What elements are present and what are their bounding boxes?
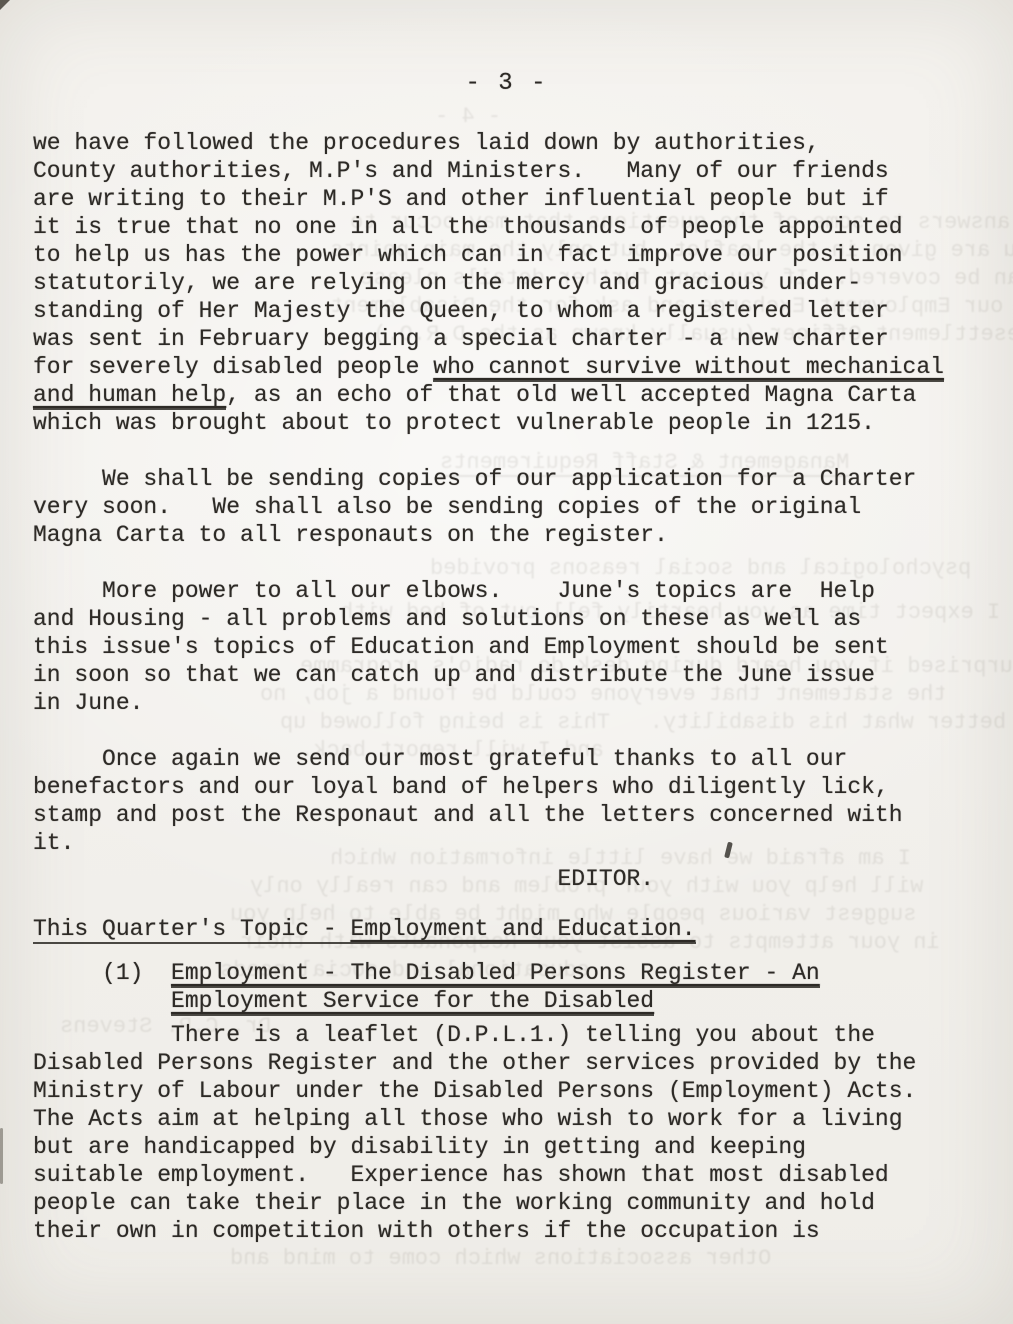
text-run: , as an echo of that old well accepted M…: [226, 382, 916, 408]
scan-artifact-corner: [0, 0, 10, 10]
text-run: it.: [33, 830, 74, 856]
text-line: very soon. We shall also be sending copi…: [33, 493, 1003, 521]
text-run: Ministry of Labour under the Disabled Pe…: [33, 1078, 916, 1104]
text-run: Disabled Persons Register and the other …: [33, 1050, 916, 1076]
text-line: EDITOR.: [33, 865, 1003, 893]
text-run: suitable employment. Experience has show…: [33, 1162, 889, 1188]
text-line: More power to all our elbows. June's top…: [33, 577, 1003, 605]
text-line: was sent in February begging a special c…: [33, 325, 1003, 353]
text-run: [33, 988, 171, 1014]
text-line: in soon so that we can catch up and dist…: [33, 661, 1003, 689]
text-run: statutorily, we are relying on the mercy…: [33, 270, 861, 296]
document-text: we have followed the procedures laid dow…: [33, 129, 1003, 1245]
text-line: their own in competition with others if …: [33, 1217, 1003, 1245]
text-line: Magna Carta to all responauts on the reg…: [33, 521, 1003, 549]
bleed-through-line: Other associations which come to mind an…: [230, 1246, 771, 1271]
text-run: More power to all our elbows. June's top…: [33, 578, 875, 604]
text-run: stamp and post the Responaut and all the…: [33, 802, 903, 828]
text-run: their own in competition with others if …: [33, 1218, 820, 1244]
text-line: this issue's topics of Education and Emp…: [33, 633, 1003, 661]
text-run: for severely disabled people: [33, 354, 433, 380]
text-line: Ministry of Labour under the Disabled Pe…: [33, 1077, 1003, 1105]
text-line: are writing to their M.P'S and other inf…: [33, 185, 1003, 213]
text-run: which was brought about to protect vulne…: [33, 410, 875, 436]
text-line: for severely disabled people who cannot …: [33, 353, 1003, 381]
june-topics-paragraph: More power to all our elbows. June's top…: [33, 577, 1003, 717]
text-line: but are handicapped by disability in get…: [33, 1133, 1003, 1161]
text-run: very soon. We shall also be sending copi…: [33, 494, 861, 520]
text-run: The Acts aim at helping all those who wi…: [33, 1106, 903, 1132]
text-line: and Housing - all problems and solutions…: [33, 605, 1003, 633]
underlined-text-run: Employment - The Disabled Persons Regist…: [171, 960, 820, 988]
text-line: We shall be sending copies of our applic…: [33, 465, 1003, 493]
page-number: - 3 -: [0, 70, 1013, 97]
document-page: - 4 -answers to some of the questions th…: [0, 0, 1013, 1324]
text-line: it is true that no one in all the thousa…: [33, 213, 1003, 241]
underlined-text-run: who cannot survive without mechanical: [433, 354, 944, 382]
text-run: in June.: [33, 690, 143, 716]
text-run: and Housing - all problems and solutions…: [33, 606, 861, 632]
text-run: to help us has the power which can in fa…: [33, 242, 903, 268]
underlined-text-run: Employment and Education.: [350, 916, 695, 944]
thanks-paragraph: Once again we send our most grateful tha…: [33, 745, 1003, 857]
charter-copies-paragraph: We shall be sending copies of our applic…: [33, 465, 1003, 549]
text-line: There is a leaflet (D.P.L.1.) telling yo…: [33, 1021, 1003, 1049]
text-run: it is true that no one in all the thousa…: [33, 214, 903, 240]
text-line: County authorities, M.P's and Ministers.…: [33, 157, 1003, 185]
text-line: Employment Service for the Disabled: [33, 987, 1003, 1015]
text-run: EDITOR.: [33, 866, 654, 892]
scan-artifact-edge-mark: [0, 1128, 3, 1184]
opening-paragraph: we have followed the procedures laid dow…: [33, 129, 1003, 437]
editor-signoff: EDITOR.: [33, 865, 1003, 893]
text-line: suitable employment. Experience has show…: [33, 1161, 1003, 1189]
quarter-topic-heading: This Quarter's Topic - Employment and Ed…: [33, 915, 1003, 943]
text-line: Disabled Persons Register and the other …: [33, 1049, 1003, 1077]
text-run: are writing to their M.P'S and other inf…: [33, 186, 889, 212]
text-line: statutorily, we are relying on the mercy…: [33, 269, 1003, 297]
text-line: Once again we send our most grateful tha…: [33, 745, 1003, 773]
text-run: we have followed the procedures laid dow…: [33, 130, 820, 156]
text-line: and human help, as an echo of that old w…: [33, 381, 1003, 409]
text-line: This Quarter's Topic - Employment and Ed…: [33, 915, 1003, 943]
employment-register-paragraph: There is a leaflet (D.P.L.1.) telling yo…: [33, 1021, 1003, 1245]
text-run: Once again we send our most grateful tha…: [33, 746, 847, 772]
text-run: people can take their place in the worki…: [33, 1190, 875, 1216]
text-run: was sent in February begging a special c…: [33, 326, 889, 352]
text-run: but are handicapped by disability in get…: [33, 1134, 806, 1160]
text-run: There is a leaflet (D.P.L.1.) telling yo…: [33, 1022, 875, 1048]
employment-register-heading: (1) Employment - The Disabled Persons Re…: [33, 959, 1003, 1015]
text-line: stamp and post the Responaut and all the…: [33, 801, 1003, 829]
text-run: this issue's topics of Education and Emp…: [33, 634, 889, 660]
text-line: it.: [33, 829, 1003, 857]
text-line: standing of Her Majesty the Queen, to wh…: [33, 297, 1003, 325]
text-run: (1): [33, 960, 171, 986]
text-run: standing of Her Majesty the Queen, to wh…: [33, 298, 889, 324]
text-line: benefactors and our loyal band of helper…: [33, 773, 1003, 801]
text-line: people can take their place in the worki…: [33, 1189, 1003, 1217]
text-line: which was brought about to protect vulne…: [33, 409, 1003, 437]
text-run: in soon so that we can catch up and dist…: [33, 662, 875, 688]
text-line: (1) Employment - The Disabled Persons Re…: [33, 959, 1003, 987]
text-line: to help us has the power which can in fa…: [33, 241, 1003, 269]
text-line: we have followed the procedures laid dow…: [33, 129, 1003, 157]
text-run: County authorities, M.P's and Ministers.…: [33, 158, 889, 184]
text-run: benefactors and our loyal band of helper…: [33, 774, 889, 800]
text-run: We shall be sending copies of our applic…: [33, 466, 916, 492]
underlined-text-run: Employment Service for the Disabled: [171, 988, 654, 1016]
underlined-text-run: This Quarter's Topic -: [33, 916, 350, 944]
text-line: The Acts aim at helping all those who wi…: [33, 1105, 1003, 1133]
underlined-text-run: and human help: [33, 382, 226, 410]
bleed-through-line: - 4 -: [435, 104, 501, 129]
text-line: in June.: [33, 689, 1003, 717]
text-run: Magna Carta to all responauts on the reg…: [33, 522, 668, 548]
